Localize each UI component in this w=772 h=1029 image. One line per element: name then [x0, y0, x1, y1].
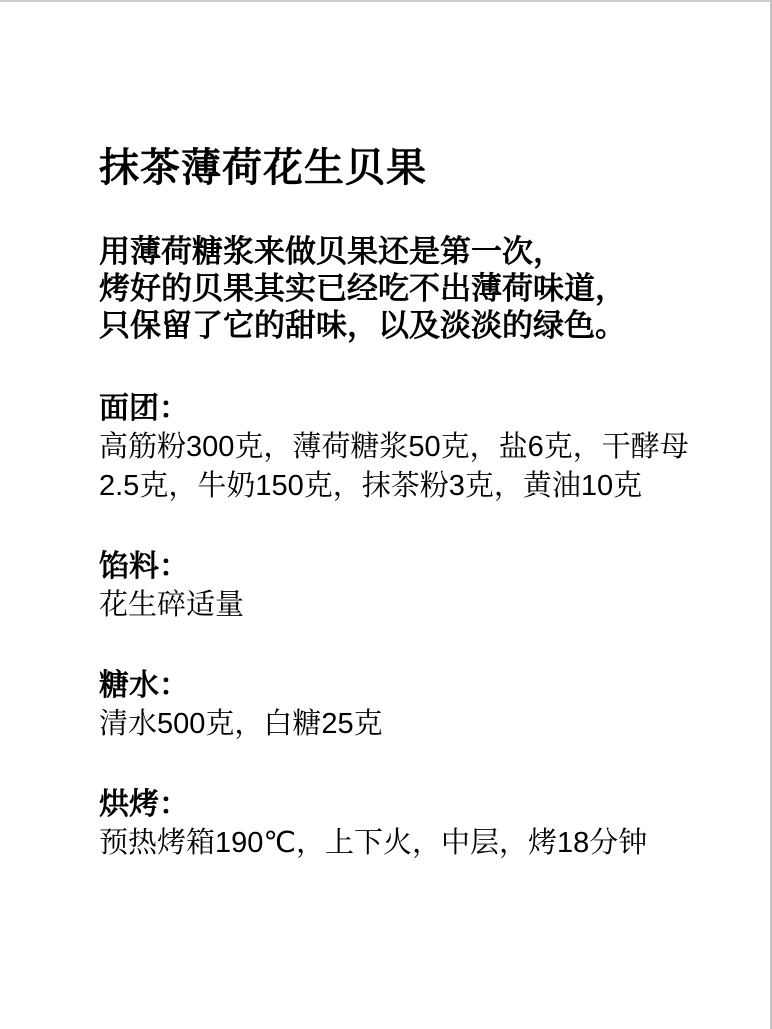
section-syrup: 糖水： 清水500克，白糖25克	[99, 667, 714, 744]
recipe-content: 抹茶薄荷花生贝果 用薄荷糖浆来做贝果还是第一次， 烤好的贝果其实已经吃不出薄荷味…	[99, 145, 714, 905]
section-baking: 烘烤： 预热烤箱190℃，上下火，中层，烤18分钟	[99, 786, 714, 863]
section-line: 清水500克，白糖25克	[99, 705, 714, 744]
section-line: 高筋粉300克，薄荷糖浆50克，盐6克，干酵母	[99, 428, 714, 467]
section-line: 2.5克，牛奶150克，抹茶粉3克，黄油10克	[99, 467, 714, 506]
section-heading-dough: 面团：	[99, 390, 714, 428]
intro-line: 烤好的贝果其实已经吃不出薄荷味道，	[99, 270, 714, 307]
intro-paragraph: 用薄荷糖浆来做贝果还是第一次， 烤好的贝果其实已经吃不出薄荷味道， 只保留了它的…	[99, 233, 714, 344]
intro-line: 只保留了它的甜味，以及淡淡的绿色。	[99, 307, 714, 344]
section-line: 花生碎适量	[99, 586, 714, 625]
page-title: 抹茶薄荷花生贝果	[99, 145, 714, 191]
section-filling: 馅料： 花生碎适量	[99, 548, 714, 625]
recipe-page: 抹茶薄荷花生贝果 用薄荷糖浆来做贝果还是第一次， 烤好的贝果其实已经吃不出薄荷味…	[0, 0, 772, 1029]
section-heading-filling: 馅料：	[99, 548, 714, 586]
section-heading-syrup: 糖水：	[99, 667, 714, 705]
intro-line: 用薄荷糖浆来做贝果还是第一次，	[99, 233, 714, 270]
section-heading-baking: 烘烤：	[99, 786, 714, 824]
section-dough: 面团： 高筋粉300克，薄荷糖浆50克，盐6克，干酵母 2.5克，牛奶150克，…	[99, 390, 714, 506]
section-line: 预热烤箱190℃，上下火，中层，烤18分钟	[99, 824, 714, 863]
